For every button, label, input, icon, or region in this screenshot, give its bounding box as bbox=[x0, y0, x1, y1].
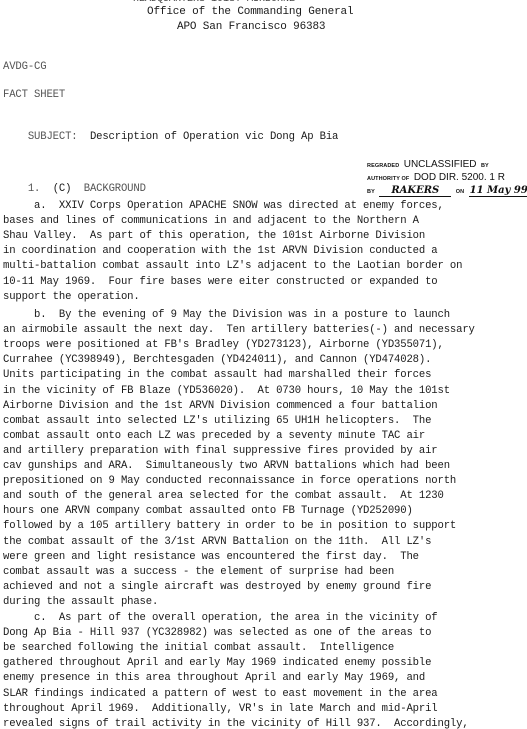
stamp-regraded-label: REGRADED bbox=[367, 163, 399, 169]
paragraph-line: Currahee (YC398949), Berchtesgaden (YD42… bbox=[3, 354, 431, 367]
paragraph-line: throughout April 1969. Additionally, VR'… bbox=[3, 703, 438, 716]
paragraph-line: the combat assault of the 3/1st ARVN Bat… bbox=[3, 536, 431, 549]
stamp-signature: RAKERS bbox=[379, 186, 451, 197]
subject-line: SUBJECT: Description of Operation vic Do… bbox=[3, 118, 338, 157]
stamp-signed-by-label: BY bbox=[367, 189, 375, 195]
paragraph-line: were green and light resistance was enco… bbox=[3, 551, 419, 564]
paragraph-line: and artillery preparation with final sup… bbox=[3, 445, 438, 458]
paragraph-line: an airmobile assault the next day. Ten a… bbox=[3, 324, 475, 337]
paragraph-line: and south of the general area selected f… bbox=[3, 490, 444, 503]
paragraph-line: SLAR findings indicated a pattern of wes… bbox=[3, 688, 438, 701]
paragraph-line: Shau Valley. As part of this operation, … bbox=[3, 230, 425, 243]
section-classification: (C) bbox=[53, 183, 72, 195]
paragraph-line: Airborne Division and the 1st ARVN Divis… bbox=[3, 400, 438, 413]
document-page: HEADQUARTERS 101ST AIRBORNE Office of th… bbox=[0, 0, 527, 729]
paragraph-line: prepositioned on 9 May conducted reconna… bbox=[3, 475, 456, 488]
paragraph-line: achieved and not a single aircraft was d… bbox=[3, 581, 431, 594]
paragraph-line: revealed signs of trail activity in the … bbox=[3, 718, 469, 729]
paragraph-line: b. By the evening of 9 May the Division … bbox=[3, 309, 450, 322]
paragraph-line: cav gunships and ARA. Simultaneously two… bbox=[3, 460, 450, 473]
paragraph-line: followed by a 105 artillery battery in o… bbox=[3, 520, 456, 533]
stamp-unclassified: UNCLASSIFIED bbox=[404, 159, 477, 170]
paragraph-line: in the vicinity of FB Blaze (YD536020). … bbox=[3, 385, 450, 398]
reference-code: AVDG-CG bbox=[3, 61, 46, 74]
paragraph-line: bases and lines of communications in and… bbox=[3, 215, 419, 228]
declassification-stamp: REGRADED UNCLASSIFIED BY AUTHORITY OF DO… bbox=[367, 157, 527, 196]
paragraph-line: Dong Ap Bia - Hill 937 (YC328982) was se… bbox=[3, 627, 431, 640]
letterhead-office: Office of the Commanding General bbox=[147, 6, 353, 19]
stamp-on-label: ON bbox=[456, 189, 464, 195]
stamp-date: 11 May 99 bbox=[469, 186, 527, 197]
subject-label: SUBJECT: bbox=[28, 131, 78, 143]
paragraph-line: combat assault was a success - the eleme… bbox=[3, 566, 394, 579]
paragraph-line: multi-battalion combat assault into LZ's… bbox=[3, 260, 462, 273]
paragraph-line: during the assault phase. bbox=[3, 596, 158, 609]
paragraph-line: combat assault onto each LZ was preceded… bbox=[3, 430, 425, 443]
section-number: 1. bbox=[28, 183, 40, 195]
paragraph-line: hours one ARVN company combat assaulted … bbox=[3, 505, 413, 518]
stamp-authority: DOD DIR. 5200. 1 R bbox=[414, 172, 505, 183]
paragraph-line: gathered throughout April and early May … bbox=[3, 657, 431, 670]
document-type: FACT SHEET bbox=[3, 89, 65, 102]
paragraph-line: combat assault into selected LZ's utiliz… bbox=[3, 415, 431, 428]
section-title: BACKGROUND bbox=[84, 183, 146, 195]
paragraph-line: Units participating in the combat assaul… bbox=[3, 369, 431, 382]
stamp-by-label: BY bbox=[481, 163, 489, 169]
paragraph-line: 10-11 May 1969. Four fire bases were eit… bbox=[3, 276, 438, 289]
paragraph-line: troops were positioned at FB's Bradley (… bbox=[3, 339, 444, 352]
letterhead-address: APO San Francisco 96383 bbox=[177, 21, 325, 34]
paragraph-line: a. XXIV Corps Operation APACHE SNOW was … bbox=[3, 200, 444, 213]
paragraph-line: enemy presence in this area throughout A… bbox=[3, 672, 425, 685]
stamp-authority-label: AUTHORITY OF bbox=[367, 176, 409, 182]
paragraph-line: c. As part of the overall operation, the… bbox=[3, 612, 438, 625]
paragraph-line: support the operation. bbox=[3, 291, 140, 304]
paragraph-line: be searched following the initial combat… bbox=[3, 642, 394, 655]
paragraph-line: in coordination and cooperation with the… bbox=[3, 245, 438, 258]
subject-text: Description of Operation vic Dong Ap Bia bbox=[90, 131, 338, 143]
